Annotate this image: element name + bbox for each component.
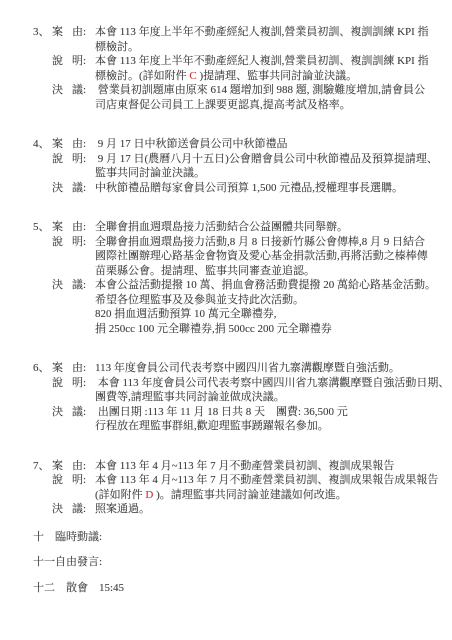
text-line: 本會 113 年度上半年不動產經紀人複訓,營業員初訓、複訓訓練 KPI 指 (95, 54, 438, 69)
label-char: 由 (72, 137, 83, 152)
section-label-case: 案由 (52, 25, 83, 40)
label-char: 議 (72, 83, 83, 98)
resolution-section: 決議 : 營業員初訓題庫由原來 614 題增加到 988 題, 測驗難度增加,請… (33, 83, 438, 112)
label-char: 決 (52, 278, 63, 293)
text-line: 中秋節禮品贈每家會員公司預算 1,500 元禮品,授權理事長選購。 (95, 181, 438, 196)
label-char: 議 (72, 502, 83, 517)
case-section: 7、 案由 : 本會 113 年 4 月~113 年 7 月不動產營業員初訓、複… (33, 459, 438, 474)
section-label-resolution: 決議 (52, 83, 83, 98)
text-line: 本會 113 年 4 月~113 年 7 月不動產營業員初訓、複訓成果報告成果報… (95, 473, 438, 488)
label-colon: : (83, 459, 95, 474)
item-number: 6、 (33, 361, 52, 376)
text-line: 營業員初訓題庫由原來 614 題增加到 988 題, 測驗難度增加,請會員公 (95, 83, 438, 98)
label-char: 由 (72, 361, 83, 376)
label-colon: : (83, 152, 95, 167)
closing-line-extempore-motions: 十 臨時動議: (33, 530, 438, 545)
explanation-section: 說明 : 本會 113 年 4 月~113 年 7 月不動產營業員初訓、複訓成果… (33, 473, 438, 502)
section-label-resolution: 決議 (52, 181, 83, 196)
section-text: 全聯會捐血週環島接力活動,8 月 8 日接新竹縣公會傳棒,8 月 9 日結合 國… (95, 235, 438, 279)
label-colon: : (83, 376, 95, 391)
text-line: 全聯會捐血週環島接力活動,8 月 8 日接新竹縣公會傳棒,8 月 9 日結合 (95, 235, 438, 250)
label-char: 決 (52, 405, 63, 420)
text-line: 標檢討。(詳如附件 C )提請理、監事共同討論並決議。 (95, 69, 438, 84)
label-colon: : (83, 137, 95, 152)
section-text: 本會 113 年度會員公司代表考察中國四川省九寨溝觀摩暨自強活動日期、 團費等,… (95, 376, 438, 405)
label-char: 決 (52, 181, 63, 196)
section-label-case: 案由 (52, 220, 83, 235)
label-char: 明 (72, 54, 83, 69)
text-line: 本會 113 年度會員公司代表考察中國四川省九寨溝觀摩暨自強活動日期、 (95, 376, 438, 391)
section-text: 本會公益活動提撥 10 萬、捐血會務活動費提撥 20 萬給心路基金活動。 希望各… (95, 278, 438, 336)
text-line: 監事共同討論並決議。 (95, 166, 438, 181)
label-colon: : (83, 473, 95, 488)
text-line: 820 捐血週活動預算 10 萬元全聯禮券, (95, 307, 438, 322)
label-char: 明 (72, 376, 83, 391)
text-line: 全聯會捐血週環島接力活動結合公益團體共同舉辦。 (95, 220, 438, 235)
section-text: 9 月 17 日(農曆八月十五日)公會贈會員公司中秋節禮品及預算提請理、 監事共… (95, 152, 438, 181)
text-line: 司店東督促公司員工上課要更認真,提高考試及格率。 (95, 98, 438, 113)
label-char: 說 (52, 235, 63, 250)
label-char: 說 (52, 152, 63, 167)
section-text: 本會 113 年 4 月~113 年 7 月不動產營業員初訓、複訓成果報告 (95, 459, 438, 474)
label-char: 案 (52, 459, 63, 474)
label-char: 議 (72, 405, 83, 420)
resolution-section: 決議 : 照案通過。 (33, 502, 438, 517)
explanation-section: 說明 : 本會 113 年度上半年不動產經紀人複訓,營業員初訓、複訓訓練 KPI… (33, 54, 438, 83)
text-line: 標檢討。 (95, 40, 438, 55)
label-char: 說 (52, 54, 63, 69)
label-colon: : (83, 235, 95, 250)
section-label-resolution: 決議 (52, 405, 83, 420)
section-text: 本會 113 年度上半年不動產經紀人複訓,營業員初訓、複訓訓練 KPI 指 標檢… (95, 25, 438, 54)
agenda-item-3: 3、 案由 : 本會 113 年度上半年不動產經紀人複訓,營業員初訓、複訓訓練 … (33, 25, 438, 112)
text-line: 國際社團辦理心路基金會物資及愛心基金捐款活動,再將活動之榛棒傳 (95, 249, 438, 264)
agenda-item-5: 5、 案由 : 全聯會捐血週環島接力活動結合公益團體共同舉辦。 說明 : 全聯會… (33, 220, 438, 336)
section-label-resolution: 決議 (52, 502, 83, 517)
section-text: 出團日期 :113 年 11 月 18 日共 8 天 團費: 36,500 元 … (95, 405, 438, 434)
label-char: 明 (72, 152, 83, 167)
closing-line-adjournment: 十二 散會 15:45 (33, 581, 438, 596)
case-section: 4、 案由 : 9 月 17 日中秋節送會員公司中秋節禮品 (33, 137, 438, 152)
label-char: 議 (72, 181, 83, 196)
label-colon: : (83, 181, 95, 196)
section-label-case: 案由 (52, 459, 83, 474)
text-line: 苗栗縣公會。提請理、監事共同審查並追認。 (95, 264, 438, 279)
section-text: 9 月 17 日中秋節送會員公司中秋節禮品 (95, 137, 438, 152)
section-label-explanation: 說明 (52, 376, 83, 391)
section-text: 113 年度會員公司代表考察中國四川省九寨溝觀摩暨自強活動。 (95, 361, 438, 376)
text-line: (詳如附件 D )。請理監事共同討論並建議如何改進。 (95, 488, 438, 503)
case-section: 3、 案由 : 本會 113 年度上半年不動產經紀人複訓,營業員初訓、複訓訓練 … (33, 25, 438, 54)
label-colon: : (83, 278, 95, 293)
text-segment: 標檢討。(詳如附件 (95, 70, 189, 82)
label-char: 說 (52, 376, 63, 391)
section-text: 照案通過。 (95, 502, 438, 517)
label-colon: : (83, 25, 95, 40)
attachment-ref-c: C (189, 70, 196, 82)
item-number: 3、 (33, 25, 52, 40)
explanation-section: 說明 : 9 月 17 日(農曆八月十五日)公會贈會員公司中秋節禮品及預算提請理… (33, 152, 438, 181)
case-section: 6、 案由 : 113 年度會員公司代表考察中國四川省九寨溝觀摩暨自強活動。 (33, 361, 438, 376)
text-line: 捐 250cc 100 元全聯禮券,捐 500cc 200 元全聯禮券 (95, 322, 438, 337)
section-label-explanation: 說明 (52, 473, 83, 488)
label-char: 明 (72, 235, 83, 250)
section-label-explanation: 說明 (52, 54, 83, 69)
closing-section: 十 臨時動議: 十一自由發言: 十二 散會 15:45 (33, 530, 438, 596)
section-label-explanation: 說明 (52, 152, 83, 167)
section-text: 全聯會捐血週環島接力活動結合公益團體共同舉辦。 (95, 220, 438, 235)
resolution-section: 決議 : 本會公益活動提撥 10 萬、捐血會務活動費提撥 20 萬給心路基金活動… (33, 278, 438, 336)
case-section: 5、 案由 : 全聯會捐血週環島接力活動結合公益團體共同舉辦。 (33, 220, 438, 235)
agenda-item-4: 4、 案由 : 9 月 17 日中秋節送會員公司中秋節禮品 說明 : 9 月 1… (33, 137, 438, 195)
text-line: 9 月 17 日(農曆八月十五日)公會贈會員公司中秋節禮品及預算提請理、 (95, 152, 438, 167)
label-colon: : (83, 502, 95, 517)
label-char: 說 (52, 473, 63, 488)
text-line: 照案通過。 (95, 502, 438, 517)
text-segment: )。請理監事共同討論並建議如何改進。 (153, 489, 346, 501)
label-colon: : (83, 54, 95, 69)
agenda-item-6: 6、 案由 : 113 年度會員公司代表考察中國四川省九寨溝觀摩暨自強活動。 說… (33, 361, 438, 434)
text-line: 9 月 17 日中秋節送會員公司中秋節禮品 (95, 137, 438, 152)
label-char: 由 (72, 459, 83, 474)
label-char: 明 (72, 473, 83, 488)
section-text: 本會 113 年度上半年不動產經紀人複訓,營業員初訓、複訓訓練 KPI 指 標檢… (95, 54, 438, 83)
label-char: 案 (52, 220, 63, 235)
label-colon: : (83, 361, 95, 376)
explanation-section: 說明 : 全聯會捐血週環島接力活動,8 月 8 日接新竹縣公會傳棒,8 月 9 … (33, 235, 438, 279)
label-char: 由 (72, 25, 83, 40)
label-char: 議 (72, 278, 83, 293)
label-char: 案 (52, 25, 63, 40)
label-char: 案 (52, 137, 63, 152)
section-text: 中秋節禮品贈每家會員公司預算 1,500 元禮品,授權理事長選購。 (95, 181, 438, 196)
resolution-section: 決議 : 出團日期 :113 年 11 月 18 日共 8 天 團費: 36,5… (33, 405, 438, 434)
label-colon: : (83, 83, 95, 98)
item-number: 5、 (33, 220, 52, 235)
section-label-case: 案由 (52, 137, 83, 152)
section-label-resolution: 決議 (52, 278, 83, 293)
label-colon: : (83, 220, 95, 235)
text-line: 希望各位理監事及及參與並支持此次活動。 (95, 293, 438, 308)
section-text: 本會 113 年 4 月~113 年 7 月不動產營業員初訓、複訓成果報告成果報… (95, 473, 438, 502)
label-char: 決 (52, 83, 63, 98)
section-label-case: 案由 (52, 361, 83, 376)
text-line: 本會 113 年度上半年不動產經紀人複訓,營業員初訓、複訓訓練 KPI 指 (95, 25, 438, 40)
text-line: 出團日期 :113 年 11 月 18 日共 8 天 團費: 36,500 元 (95, 405, 438, 420)
label-colon: : (83, 405, 95, 420)
text-line: 113 年度會員公司代表考察中國四川省九寨溝觀摩暨自強活動。 (95, 361, 438, 376)
text-line: 本會 113 年 4 月~113 年 7 月不動產營業員初訓、複訓成果報告 (95, 459, 438, 474)
explanation-section: 說明 : 本會 113 年度會員公司代表考察中國四川省九寨溝觀摩暨自強活動日期、… (33, 376, 438, 405)
text-segment: )提請理、監事共同討論並決議。 (197, 70, 357, 82)
resolution-section: 決議 : 中秋節禮品贈每家會員公司預算 1,500 元禮品,授權理事長選購。 (33, 181, 438, 196)
text-segment: (詳如附件 (95, 489, 145, 501)
section-label-explanation: 說明 (52, 235, 83, 250)
label-char: 案 (52, 361, 63, 376)
section-text: 營業員初訓題庫由原來 614 題增加到 988 題, 測驗難度增加,請會員公 司… (95, 83, 438, 112)
meeting-minutes-document: 3、 案由 : 本會 113 年度上半年不動產經紀人複訓,營業員初訓、複訓訓練 … (0, 0, 452, 595)
item-number: 7、 (33, 459, 52, 474)
label-char: 由 (72, 220, 83, 235)
agenda-item-7: 7、 案由 : 本會 113 年 4 月~113 年 7 月不動產營業員初訓、複… (33, 459, 438, 517)
label-char: 決 (52, 502, 63, 517)
item-number: 4、 (33, 137, 52, 152)
closing-line-open-floor: 十一自由發言: (33, 555, 438, 570)
text-line: 團費等,請理監事共同討論並做成決議。 (95, 390, 438, 405)
text-line: 行程放在理監事群組,歡迎理監事踴躍報名參加。 (95, 419, 438, 434)
text-line: 本會公益活動提撥 10 萬、捐血會務活動費提撥 20 萬給心路基金活動。 (95, 278, 438, 293)
